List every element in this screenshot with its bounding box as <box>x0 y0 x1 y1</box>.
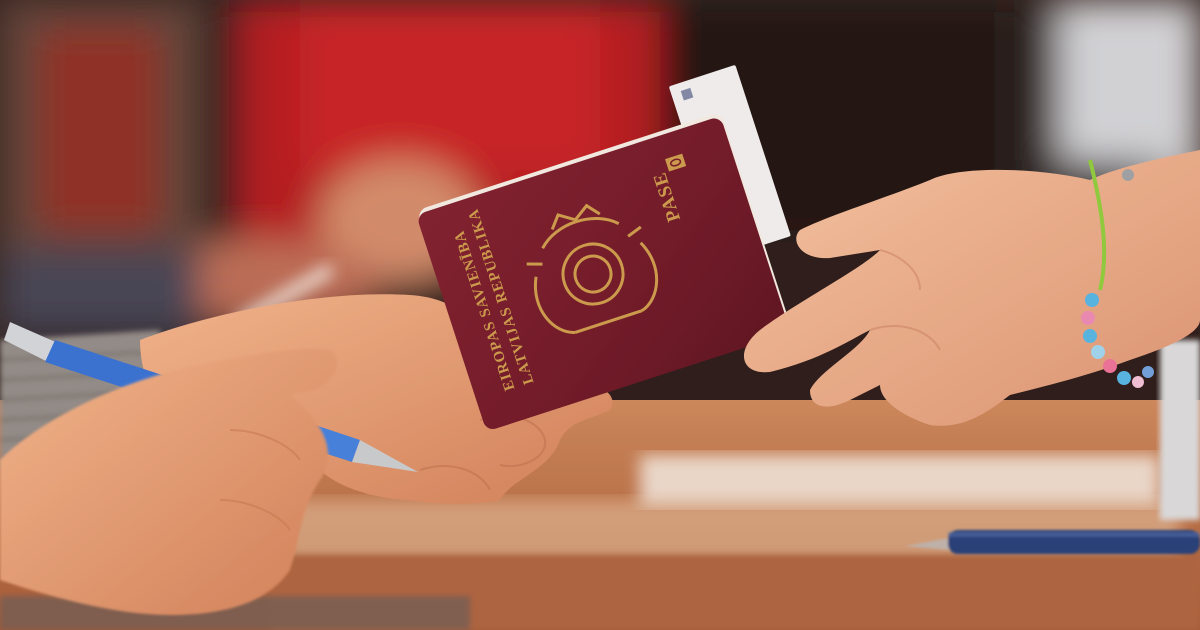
passport-handover-photo: EIROPAS SAVIENĪBA LATVIJAS REPUBLIKA PAS… <box>0 0 1200 630</box>
photo-scene: EIROPAS SAVIENĪBA LATVIJAS REPUBLIKA PAS… <box>0 0 1200 630</box>
